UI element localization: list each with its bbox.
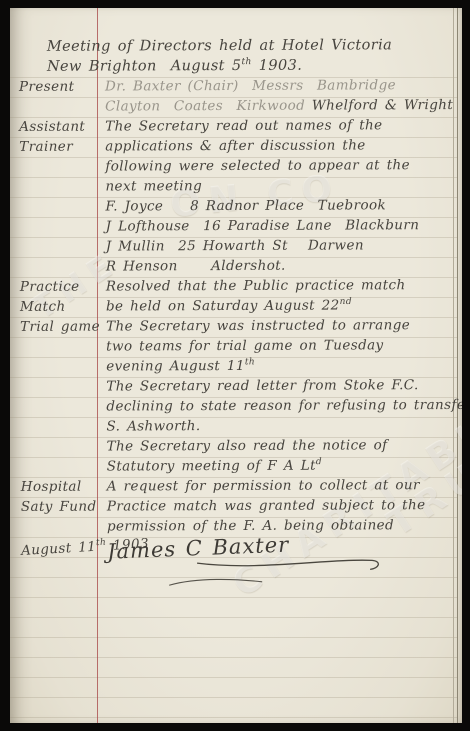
handwritten-line: New Brighton August 5th 1903. bbox=[47, 55, 447, 77]
text-segment: nd bbox=[340, 297, 352, 307]
ledger-paper: THE ON CO CHARITABLE TRUST Meeting of Di… bbox=[10, 8, 462, 723]
handwritten-line: Practice bbox=[20, 277, 100, 297]
text-segment: J Mullin 25 Howarth St Darwen bbox=[106, 237, 364, 254]
entry-practice-match: PracticeMatchResolved that the Public pr… bbox=[10, 275, 448, 317]
entry-body: The Secretary read letter from Stoke F.C… bbox=[100, 375, 462, 437]
handwritten-line: next meeting bbox=[105, 175, 447, 196]
text-segment: be held on Saturday August 22 bbox=[106, 298, 340, 315]
text-segment: The Secretary read out names of the bbox=[105, 117, 382, 134]
text-segment: Meeting of Directors held at Hotel Victo… bbox=[47, 37, 392, 55]
entry-assistant-trainer: AssistantTrainerThe Secretary read out n… bbox=[10, 115, 448, 277]
text-segment: The Secretary also read the notice of bbox=[107, 437, 388, 454]
date-note: August 11th 1903 bbox=[11, 539, 101, 590]
handwritten-line: Meeting of Directors held at Hotel Victo… bbox=[47, 35, 447, 57]
chairman-signature: James C Baxter bbox=[107, 535, 290, 562]
handwritten-line: The Secretary also read the notice of bbox=[107, 435, 449, 456]
text-segment: th bbox=[245, 357, 255, 367]
handwritten-line: two teams for trial game on Tuesday bbox=[106, 335, 448, 356]
margin-note: HospitalSaty Fund bbox=[11, 477, 101, 537]
handwritten-line: evening August 11th bbox=[106, 355, 448, 376]
margin-note bbox=[11, 437, 101, 477]
entry-body: The Secretary was instructed to arranget… bbox=[100, 315, 448, 377]
text-segment: evening August 11 bbox=[106, 358, 245, 375]
text-segment: Practice bbox=[20, 279, 80, 295]
heading: Meeting of Directors held at Hotel Victo… bbox=[10, 35, 447, 77]
text-segment: The Secretary read letter from Stoke F.C… bbox=[106, 377, 418, 394]
entry-body: A request for permission to collect at o… bbox=[101, 475, 449, 537]
handwritten-line: Statutory meeting of F A Ltd bbox=[107, 455, 449, 476]
page-edge bbox=[457, 8, 458, 723]
handwritten-line: Practice match was granted subject to th… bbox=[107, 495, 449, 516]
handwritten-line: Present bbox=[19, 77, 99, 97]
signature-row: August 11th 1903James C Baxter bbox=[11, 537, 449, 590]
text-segment: Trial game bbox=[20, 319, 100, 335]
text-segment: S. Ashworth. bbox=[106, 418, 200, 434]
entry-body: Resolved that the Public practice matchb… bbox=[100, 275, 448, 317]
handwritten-line: Hospital bbox=[21, 477, 101, 497]
entry-body: The Secretary read out names of theappli… bbox=[99, 115, 448, 277]
handwritten-line: declining to state reason for refusing t… bbox=[106, 395, 462, 417]
handwritten-line: applications & after discussion the bbox=[105, 135, 447, 156]
text-segment: R Henson Aldershot. bbox=[106, 258, 286, 275]
handwritten-line: J Mullin 25 Howarth St Darwen bbox=[106, 235, 448, 256]
margin-note: AssistantTrainer bbox=[10, 117, 100, 277]
handwritten-line: Trainer bbox=[19, 137, 99, 157]
text-segment: declining to state reason for refusing t… bbox=[106, 397, 462, 415]
text-segment: Saty Fund bbox=[21, 499, 97, 515]
text-segment: F. Joyce 8 Radnor Place Tuebrook bbox=[106, 197, 387, 214]
entry-stoke-letter: The Secretary read letter from Stoke F.C… bbox=[10, 375, 448, 437]
handwritten-line: Clayton Coates Kirkwood Whelford & Wrigh… bbox=[105, 95, 453, 117]
text-segment: 1903. bbox=[252, 58, 303, 74]
margin-note: PracticeMatch bbox=[10, 277, 100, 317]
entry-trial-game: Trial gameThe Secretary was instructed t… bbox=[10, 315, 448, 377]
entry-body: The Secretary also read the notice ofSta… bbox=[101, 435, 449, 477]
handwritten-line: The Secretary was instructed to arrange bbox=[106, 315, 448, 336]
handwritten-line: S. Ashworth. bbox=[106, 415, 462, 437]
text-segment: Match bbox=[20, 299, 66, 315]
handwritten-line: A request for permission to collect at o… bbox=[107, 475, 449, 496]
text-segment: Statutory meeting of F A Lt bbox=[107, 458, 316, 475]
text-segment: two teams for trial game on Tuesday bbox=[106, 337, 384, 354]
handwritten-line: Match bbox=[20, 297, 100, 317]
handwritten-line: Dr. Baxter (Chair) Messrs Bambridge bbox=[105, 75, 453, 97]
text-segment: A request for permission to collect at o… bbox=[107, 477, 420, 494]
text-segment: permission of the F. A. being obtained bbox=[107, 517, 394, 534]
text-segment: th bbox=[241, 57, 251, 67]
text-segment: following were selected to appear at the bbox=[105, 157, 410, 174]
entry-present: PresentDr. Baxter (Chair) Messrs Bambrid… bbox=[10, 75, 447, 117]
handwritten-line: The Secretary read letter from Stoke F.C… bbox=[106, 375, 462, 397]
entry-body: Dr. Baxter (Chair) Messrs BambridgeClayt… bbox=[99, 75, 453, 117]
signature-body: James C Baxter bbox=[101, 537, 449, 590]
text-segment: Hospital bbox=[21, 479, 82, 495]
text-segment: Assistant bbox=[19, 119, 85, 135]
text-segment: applications & after discussion the bbox=[105, 137, 365, 154]
scanned-minute-book-page: THE ON CO CHARITABLE TRUST Meeting of Di… bbox=[0, 0, 470, 731]
margin-note bbox=[10, 377, 100, 437]
text-segment: Resolved that the Public practice match bbox=[106, 277, 406, 294]
entry-statutory-meeting: The Secretary also read the notice ofSta… bbox=[11, 435, 449, 477]
text-segment: The Secretary was instructed to arrange bbox=[106, 317, 410, 334]
margin-note: Trial game bbox=[10, 317, 100, 377]
text-segment: Clayton Coates Kirkwood bbox=[105, 98, 312, 115]
handwritten-line: Trial game bbox=[20, 317, 100, 337]
handwritten-line: J Lofthouse 16 Paradise Lane Blackburn bbox=[106, 215, 448, 236]
text-segment: New Brighton August 5 bbox=[47, 58, 242, 75]
text-segment: Whelford & Wright bbox=[312, 97, 453, 114]
handwritten-line: The Secretary read out names of the bbox=[105, 115, 447, 136]
page-edge bbox=[453, 8, 454, 723]
margin-note: Present bbox=[10, 77, 99, 117]
handwritten-line: Resolved that the Public practice match bbox=[106, 275, 448, 296]
text-segment: Trainer bbox=[19, 139, 73, 155]
text-segment: Dr. Baxter (Chair) Messrs Bambridge bbox=[105, 77, 396, 94]
handwritten-line: F. Joyce 8 Radnor Place Tuebrook bbox=[105, 195, 447, 216]
handwritten-line: Saty Fund bbox=[21, 497, 101, 517]
handwritten-line: following were selected to appear at the bbox=[105, 155, 447, 176]
handwritten-line: Assistant bbox=[19, 117, 99, 137]
handwritten-line: August 11th 1903 bbox=[21, 536, 102, 561]
text-segment: next meeting bbox=[105, 178, 202, 194]
text-segment: Practice match was granted subject to th… bbox=[107, 497, 426, 514]
entry-hospital-fund: HospitalSaty FundA request for permissio… bbox=[11, 475, 449, 537]
text-segment: d bbox=[316, 457, 322, 467]
minutes-content: Meeting of Directors held at Hotel Victo… bbox=[10, 35, 449, 590]
text-segment: Present bbox=[19, 79, 74, 95]
handwritten-line: be held on Saturday August 22nd bbox=[106, 295, 448, 316]
text-segment: J Lofthouse 16 Paradise Lane Blackburn bbox=[106, 217, 420, 234]
text-segment: August 11 bbox=[21, 539, 97, 559]
handwritten-line: R Henson Aldershot. bbox=[106, 255, 448, 276]
